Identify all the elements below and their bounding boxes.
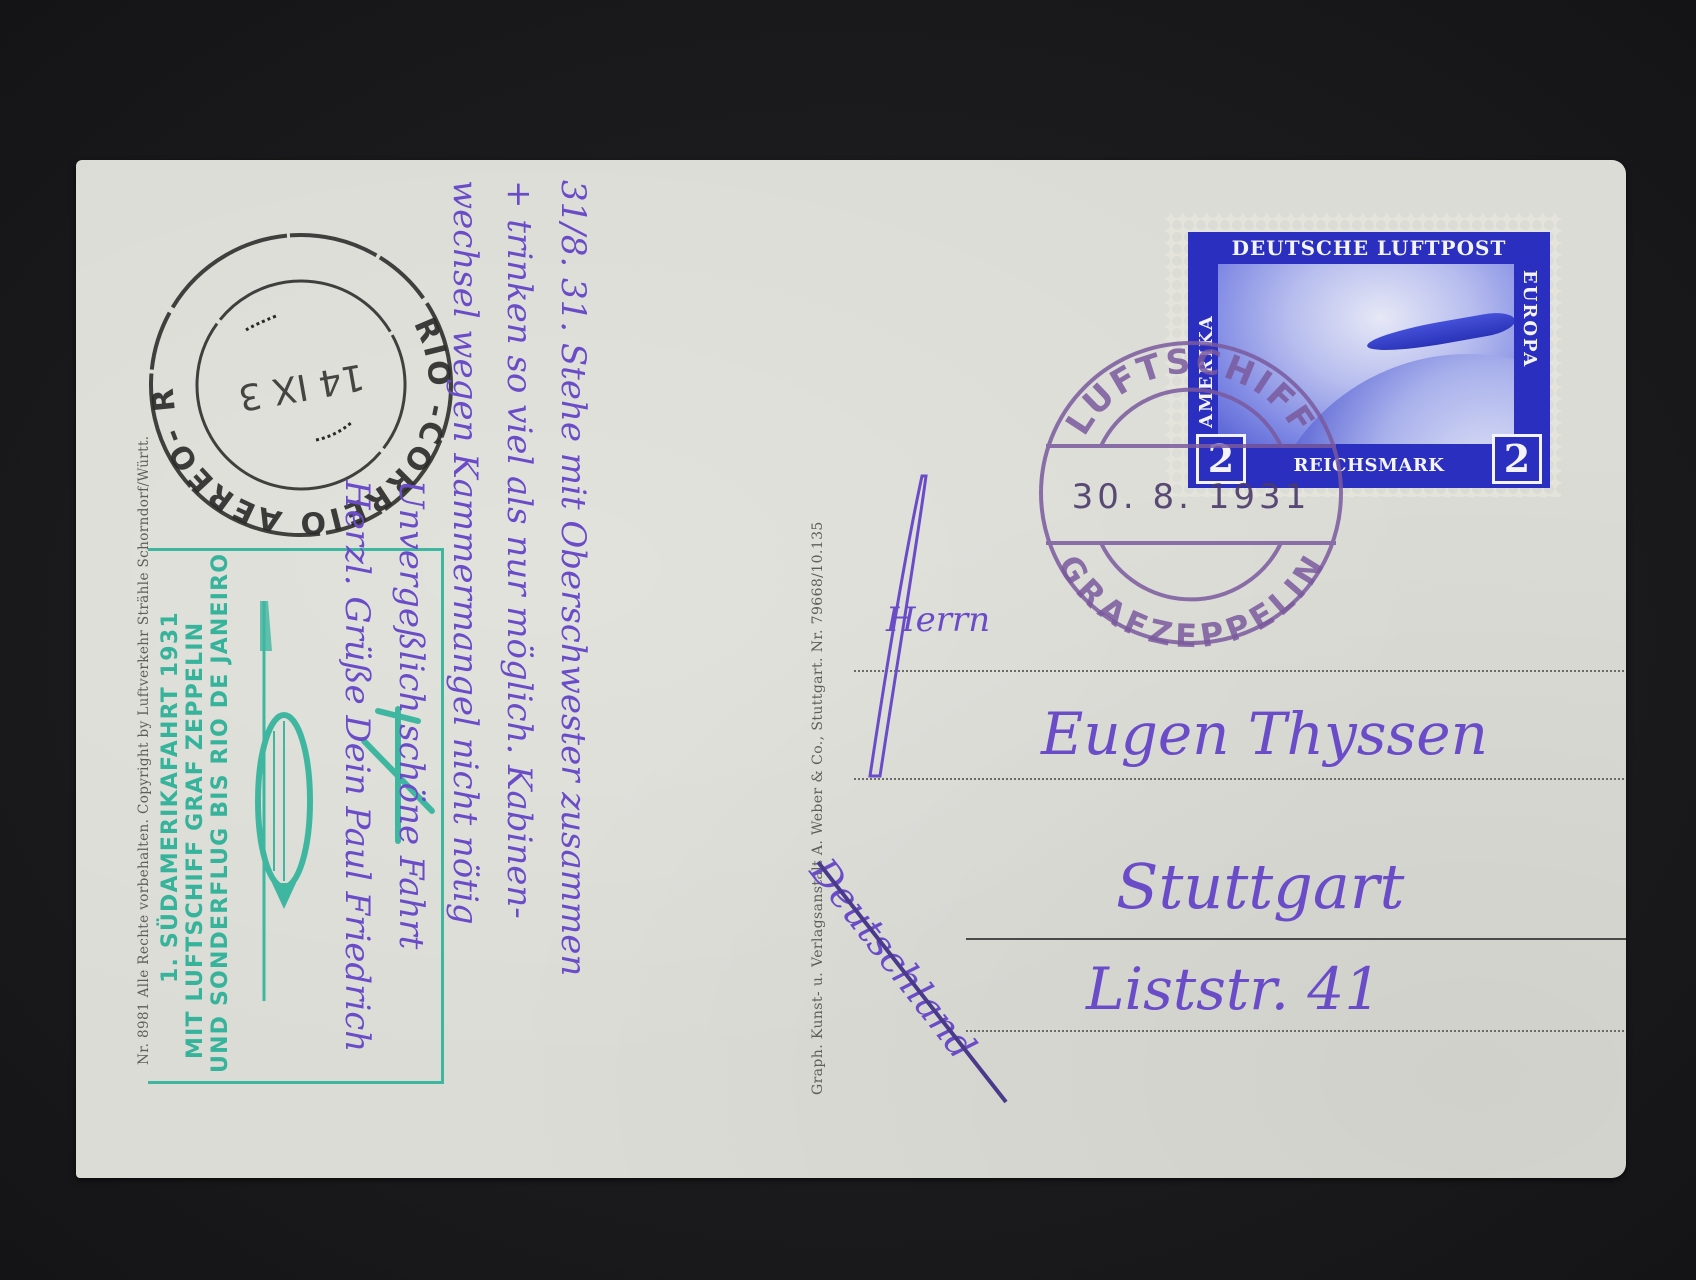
message-line: wechsel wegen Kammermangel nicht nötig [438, 180, 492, 1052]
zeppelin-postmark: LUFTSCHIFF 30. 8. 1931 GRAFZEPPELIN [1026, 328, 1356, 658]
salutation-flourish [856, 470, 936, 790]
zeppelin-postmark-top: LUFTSCHIFF [1058, 341, 1324, 442]
address-line-4 [966, 1030, 1626, 1032]
address-line-1 [854, 670, 1626, 672]
zeppelin-postmark-bottom: GRAFZEPPELIN [1050, 549, 1332, 656]
zeppelin-icon [1365, 309, 1514, 357]
svg-text:GRAFZEPPELIN: GRAFZEPPELIN [1050, 549, 1332, 656]
cachet-line-2: MIT LUFTSCHIFF GRAF ZEPPELIN [183, 563, 208, 1073]
postcard: Nr. 8981 Alle Rechte vorbehalten. Copyri… [76, 160, 1626, 1178]
handwritten-message: 31/8. 31. Stehe mit Oberschwester zusamm… [330, 180, 600, 1052]
zeppelin-postmark-date: 30. 8. 1931 [1072, 477, 1311, 517]
stamp-top-text: DEUTSCHE LUFTPOST [1188, 232, 1550, 264]
address-line-2 [854, 778, 1626, 780]
address-street: Liststr. 41 [1086, 955, 1381, 1023]
message-line: Herzl. Grüße Dein Paul Friedrich [330, 180, 384, 1052]
address-name: Eugen Thyssen [1041, 700, 1488, 768]
address-line-3 [966, 938, 1626, 940]
message-line: 31/8. 31. Stehe mit Oberschwester zusamm… [546, 180, 600, 1052]
stamp-right-text: EUROPA [1519, 270, 1540, 368]
cachet-line-1: 1. SÜDAMERIKAFAHRT 1931 [158, 563, 183, 1073]
stamp-denomination-right: 2 [1492, 434, 1542, 484]
message-line: + trinken so viel als nur möglich. Kabin… [492, 180, 546, 1052]
svg-text:LUFTSCHIFF: LUFTSCHIFF [1058, 341, 1324, 442]
message-line: Unvergeßlich schöne Fahrt [384, 180, 438, 1052]
address-city: Stuttgart [1116, 850, 1404, 923]
country-underline [816, 860, 1016, 1110]
